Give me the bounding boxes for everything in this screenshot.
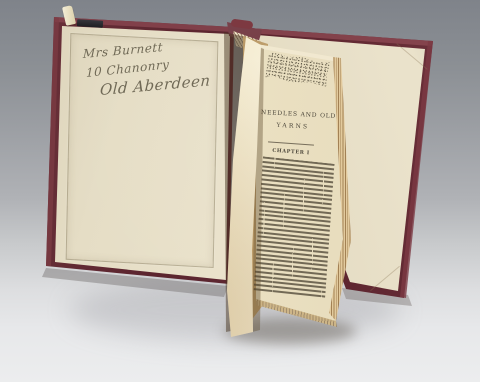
book-photograph: Mrs Burnett 10 Chanonry Old Aberdeen NEE… [0, 0, 480, 382]
dark-label-sticker [77, 19, 103, 28]
body-text-block [253, 156, 334, 299]
